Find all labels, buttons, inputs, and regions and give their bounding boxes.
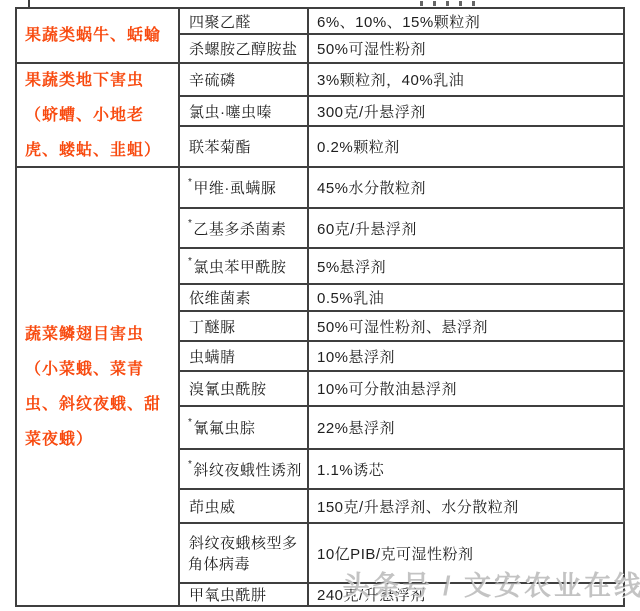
pesticide-name: 丁醚脲: [188, 316, 236, 337]
formulation-cell: 60克/升悬浮剂: [309, 209, 623, 249]
pest-group-label: 蔬菜鳞翅目害虫（小菜蛾、菜青虫、斜纹夜蛾、甜菜夜蛾）: [25, 317, 174, 457]
formulation-text: 10亿PIB/克可湿性粉剂: [317, 543, 474, 564]
asterisk-mark: *: [188, 417, 192, 428]
pesticide-name-cell: 四聚乙醛: [180, 9, 309, 35]
pesticide-name: 联苯菊酯: [188, 136, 251, 157]
asterisk-mark: *: [188, 218, 192, 229]
formulation-cell: 150克/升悬浮剂、水分散粒剂: [309, 490, 623, 524]
formulation-text: 5%悬浮剂: [317, 256, 386, 277]
pesticide-name: *乙基多杀菌素: [188, 218, 286, 239]
pesticide-name-cell: 茚虫威: [180, 490, 309, 524]
pesticide-name-cell: 联苯菊酯: [180, 127, 309, 168]
pesticide-name: 杀螺胺乙醇胺盐: [188, 38, 298, 59]
pesticide-name: 溴氰虫酰胺: [188, 378, 267, 399]
pesticide-name: 斜纹夜蛾核型多角体病毒: [188, 532, 303, 574]
formulation-cell: 0.2%颗粒剂: [309, 127, 623, 168]
pesticide-name-cell: *氯虫苯甲酰胺: [180, 249, 309, 285]
formulation-cell: 300克/升悬浮剂: [309, 97, 623, 127]
pesticide-name: *氰氟虫腙: [188, 417, 255, 438]
formulation-text: 6%、10%、15%颗粒剂: [317, 11, 480, 32]
pesticide-name: *甲维·虱螨脲: [188, 177, 276, 198]
pesticide-name: *斜纹夜蛾性诱剂: [188, 459, 302, 480]
formulation-cell: 3%颗粒剂，40%乳油: [309, 64, 623, 97]
pesticide-name: 虫螨腈: [188, 346, 236, 367]
formulation-text: 50%可湿性粉剂、悬浮剂: [317, 316, 488, 337]
pesticide-name-cell: 溴氰虫酰胺: [180, 372, 309, 407]
pest-group-cell: 蔬菜鳞翅目害虫（小菜蛾、菜青虫、斜纹夜蛾、甜菜夜蛾）: [17, 168, 180, 605]
formulation-text: 10%可分散油悬浮剂: [317, 378, 457, 399]
formulation-cell: 22%悬浮剂: [309, 407, 623, 450]
formulation-text: 50%可湿性粉剂: [317, 38, 426, 59]
pesticide-name-cell: 丁醚脲: [180, 312, 309, 342]
asterisk-mark: *: [188, 177, 192, 188]
pesticide-name: 茚虫威: [188, 496, 236, 517]
pest-group-cell: 果蔬类地下害虫（蛴螬、小地老虎、蝼蛄、韭蛆）: [17, 64, 180, 168]
formulation-cell: 10%悬浮剂: [309, 342, 623, 372]
pesticide-name-cell: 甲氧虫酰肼: [180, 584, 309, 605]
formulation-cell: 50%可湿性粉剂: [309, 35, 623, 64]
watermark-text: 头条号 / 文安农业在线: [342, 564, 640, 603]
pesticide-name: 氯虫·噻虫嗪: [188, 101, 272, 122]
formulation-cell: 5%悬浮剂: [309, 249, 623, 285]
pesticide-name: 甲氧虫酰肼: [188, 584, 267, 605]
pest-group-cell: 果蔬类蜗牛、蛞蝓: [17, 9, 180, 64]
formulation-text: 60克/升悬浮剂: [317, 218, 417, 239]
pesticide-name-cell: 杀螺胺乙醇胺盐: [180, 35, 309, 64]
formulation-text: 150克/升悬浮剂、水分散粒剂: [317, 496, 519, 517]
formulation-text: 3%颗粒剂，40%乳油: [317, 69, 464, 90]
formulation-text: 1.1%诱芯: [317, 459, 384, 480]
formulation-cell: 6%、10%、15%颗粒剂: [309, 9, 623, 35]
pesticide-name-cell: *乙基多杀菌素: [180, 209, 309, 249]
formulation-cell: 10%可分散油悬浮剂: [309, 372, 623, 407]
pesticide-name-cell: 虫螨腈: [180, 342, 309, 372]
cutoff-row-text-fragment: [420, 1, 482, 6]
pesticide-name: 辛硫磷: [188, 69, 236, 90]
formulation-text: 300克/升悬浮剂: [317, 101, 426, 122]
formulation-text: 10%悬浮剂: [317, 346, 395, 367]
pest-group-label: 果蔬类地下害虫（蛴螬、小地老虎、蝼蛄、韭蛆）: [25, 64, 174, 168]
document-page: 果蔬类蜗牛、蛞蝓 果蔬类地下害虫（蛴螬、小地老虎、蝼蛄、韭蛆） 蔬菜鳞翅目害虫（…: [0, 0, 640, 611]
pesticide-name: 依维菌素: [188, 287, 251, 308]
formulation-cell: 50%可湿性粉剂、悬浮剂: [309, 312, 623, 342]
formulation-cell: 1.1%诱芯: [309, 450, 623, 490]
pesticide-name-cell: *斜纹夜蛾性诱剂: [180, 450, 309, 490]
pesticide-name-cell: *氰氟虫腙: [180, 407, 309, 450]
asterisk-mark: *: [188, 256, 192, 267]
formulation-text: 0.5%乳油: [317, 287, 384, 308]
pesticide-name-cell: 依维菌素: [180, 285, 309, 312]
pesticide-name-cell: 辛硫磷: [180, 64, 309, 97]
formulation-cell: 45%水分散粒剂: [309, 168, 623, 209]
asterisk-mark: *: [188, 459, 192, 470]
cutoff-row-border-fragment: [28, 0, 30, 7]
pest-group-label: 果蔬类蜗牛、蛞蝓: [25, 18, 161, 53]
pesticide-name-cell: *甲维·虱螨脲: [180, 168, 309, 209]
formulation-text: 22%悬浮剂: [317, 417, 395, 438]
pesticide-name: *氯虫苯甲酰胺: [188, 256, 286, 277]
pesticide-table: 果蔬类蜗牛、蛞蝓 果蔬类地下害虫（蛴螬、小地老虎、蝼蛄、韭蛆） 蔬菜鳞翅目害虫（…: [15, 7, 625, 607]
pesticide-name: 四聚乙醛: [188, 11, 251, 32]
pesticide-name-cell: 斜纹夜蛾核型多角体病毒: [180, 524, 309, 584]
formulation-text: 45%水分散粒剂: [317, 177, 426, 198]
formulation-text: 0.2%颗粒剂: [317, 136, 400, 157]
pesticide-name-cell: 氯虫·噻虫嗪: [180, 97, 309, 127]
formulation-cell: 0.5%乳油: [309, 285, 623, 312]
